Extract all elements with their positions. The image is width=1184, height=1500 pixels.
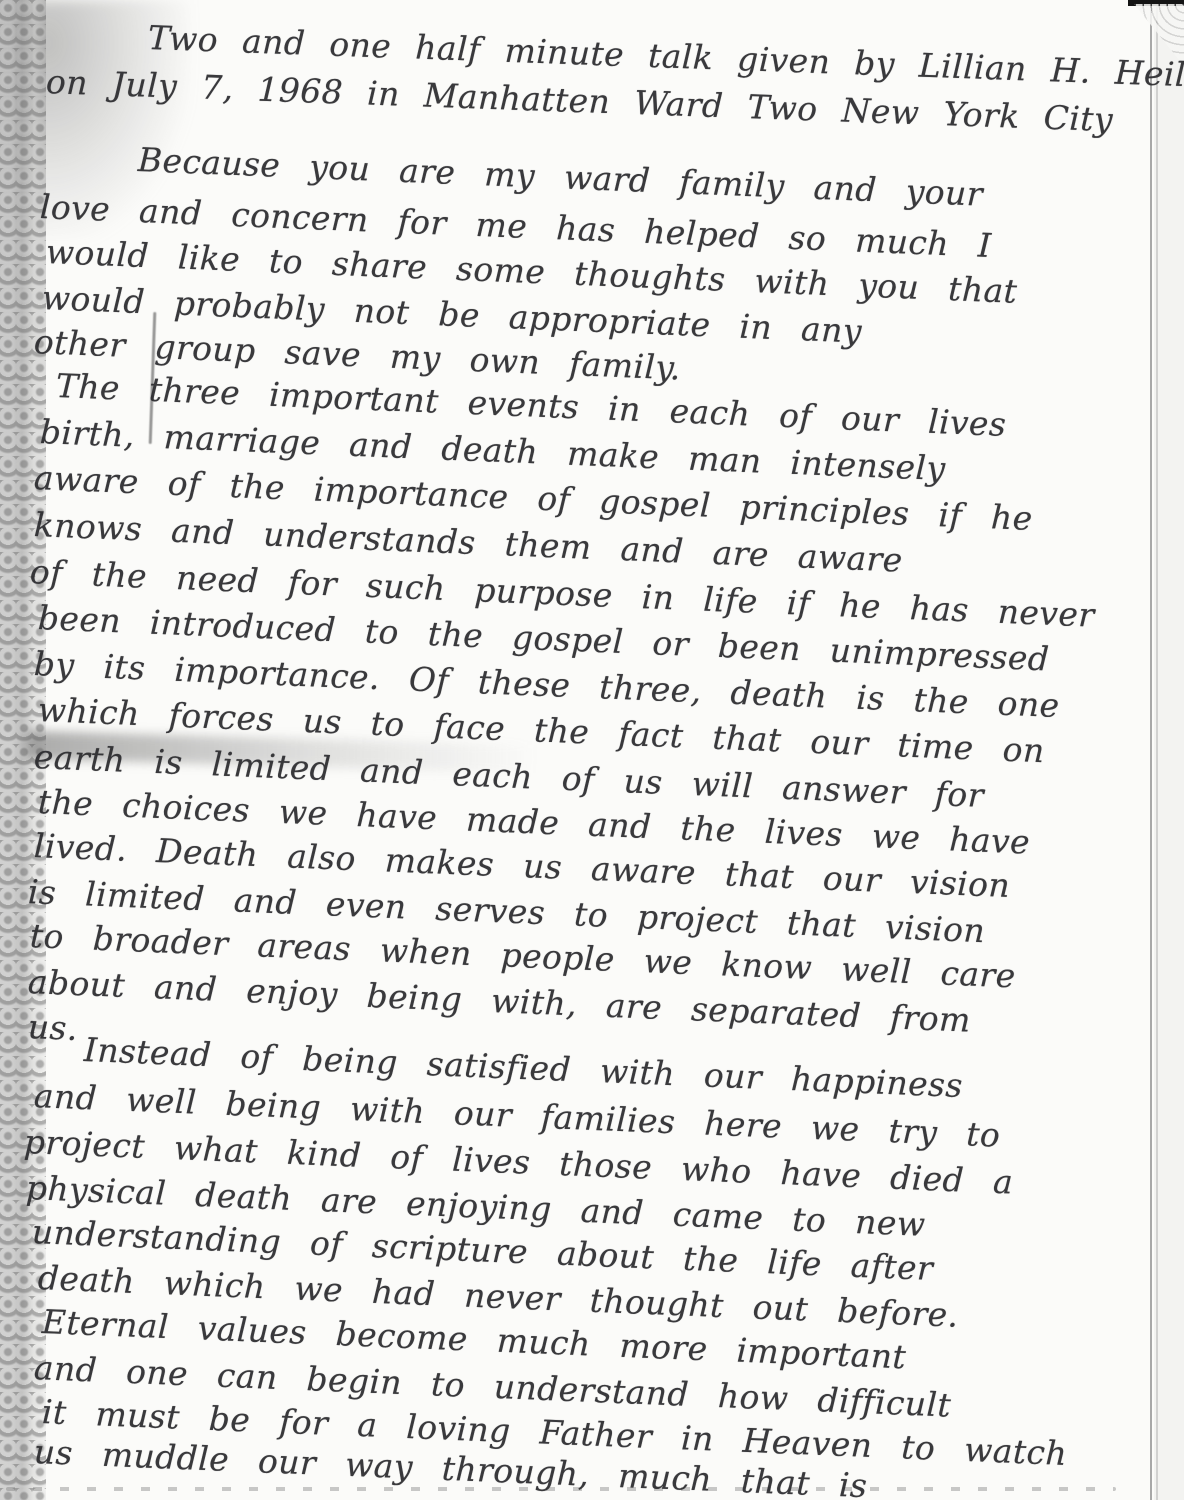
handwriting-line: us. <box>27 1007 78 1048</box>
page-right-edge <box>1150 0 1152 1500</box>
page-right-margin <box>1154 0 1184 1500</box>
letter-page: Two and one half minute talk given by Li… <box>0 0 1184 1500</box>
